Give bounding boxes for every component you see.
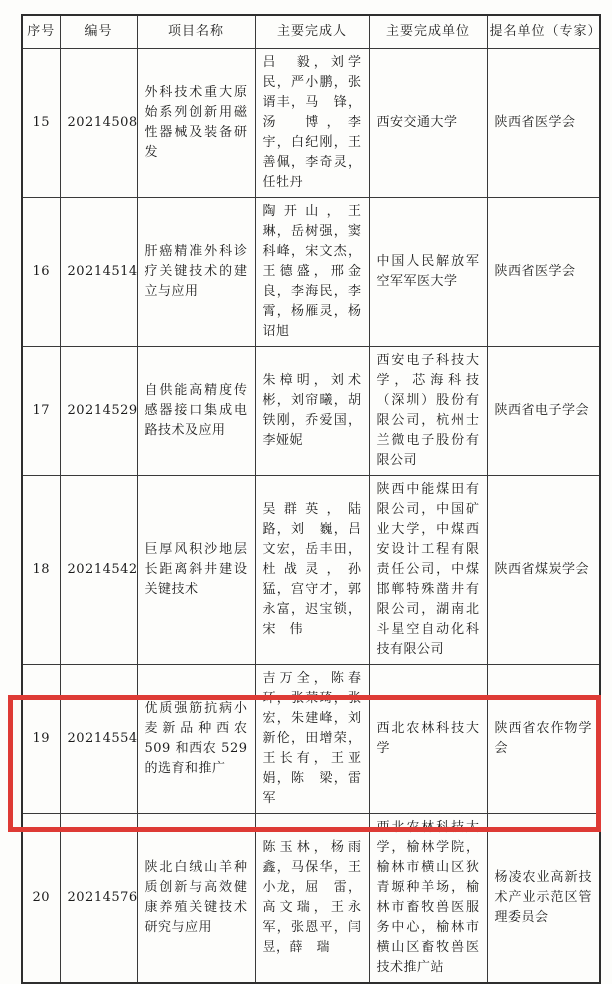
cell-project-title: 自供能高精度传感器接口集成电路技术及应用 <box>137 346 255 475</box>
cell-code: 20214508 <box>60 48 137 197</box>
cell-nominator: 陕西省煤炭学会 <box>487 475 600 664</box>
cell-units: 西安交通大学 <box>369 48 487 197</box>
cell-seq: 17 <box>22 346 60 475</box>
cell-nominator: 陕西省医学会 <box>487 48 600 197</box>
table-row: 18 20214542 巨厚风积沙地层长距离斜井建设关键技术 吴群英，陆 路，刘… <box>22 475 600 664</box>
cell-nominator: 陕西省医学会 <box>487 197 600 346</box>
cell-seq: 16 <box>22 197 60 346</box>
cell-units: 西北农林科技大学 <box>369 664 487 813</box>
table-body: 15 20214508 外科技术重大原始系列创新用磁性器械及装备研发 吕 毅，刘… <box>22 48 600 983</box>
cell-project-title: 陕北白绒山羊种质创新与高效健康养殖关键技术研究与应用 <box>137 813 255 983</box>
table-row: 16 20214514 肝癌精准外科诊疗关键技术的建立与应用 陶开山，王 琳，岳… <box>22 197 600 346</box>
header-project-title: 项目名称 <box>137 15 255 48</box>
header-row: 序号 编号 项目名称 主要完成人 主要完成单位 提名单位（专家） <box>22 15 600 48</box>
table-header: 序号 编号 项目名称 主要完成人 主要完成单位 提名单位（专家） <box>22 15 600 48</box>
cell-nominator: 杨凌农业高新技术产业示范区管理委员会 <box>487 813 600 983</box>
cell-contributors: 陈玉林，杨雨鑫，马保华，王小龙，屈 雷，高文瑞，王永军，张恩平，闫 昱，薛 瑞 <box>255 813 369 983</box>
cell-nominator: 陕西省电子学会 <box>487 346 600 475</box>
header-main-contributors: 主要完成人 <box>255 15 369 48</box>
cell-contributors: 吕 毅，刘学民，严小鹏，张谞丰，马 锋，汤 博，李 宇，白纪刚，王善佩，李奇灵，… <box>255 48 369 197</box>
cell-seq: 19 <box>22 664 60 813</box>
cell-contributors: 吴群英，陆 路，刘 巍，吕文宏，岳丰田，杜战灵，孙 猛，宫守才，郭永富，迟宝锁，… <box>255 475 369 664</box>
cell-units: 陕西中能煤田有限公司，中国矿业大学，中煤西安设计工程有限责任公司，中煤邯郸特殊凿… <box>369 475 487 664</box>
cell-project-title: 优质强筋抗病小麦新品种西农 509 和西农 529 的选育和推广 <box>137 664 255 813</box>
cell-units: 中国人民解放军空军军医大学 <box>369 197 487 346</box>
header-code: 编号 <box>60 15 137 48</box>
table-row: 17 20214529 自供能高精度传感器接口集成电路技术及应用 朱樟明，刘术彬… <box>22 346 600 475</box>
cell-contributors: 朱樟明，刘术彬，刘帘曦，胡铁刚，乔爱国，李娅妮 <box>255 346 369 475</box>
header-nominating-unit: 提名单位（专家） <box>487 15 600 48</box>
cell-seq: 20 <box>22 813 60 983</box>
cell-contributors: 吉万全，陈春环，张荣琦，张 宏，朱建峰，刘新伦，田增荣，王长有，王亚娟，陈 梁，… <box>255 664 369 813</box>
cell-seq: 18 <box>22 475 60 664</box>
table-row-highlighted: 20 20214576 陕北白绒山羊种质创新与高效健康养殖关键技术研究与应用 陈… <box>22 813 600 983</box>
cell-code: 20214554 <box>60 664 137 813</box>
cell-contributors: 陶开山，王 琳，岳树强，窦科峰，宋文杰，王德盛，邢金良，李海民，李 霄，杨雁灵，… <box>255 197 369 346</box>
cell-code: 20214576 <box>60 813 137 983</box>
cell-code: 20214514 <box>60 197 137 346</box>
table-row: 15 20214508 外科技术重大原始系列创新用磁性器械及装备研发 吕 毅，刘… <box>22 48 600 197</box>
cell-project-title: 巨厚风积沙地层长距离斜井建设关键技术 <box>137 475 255 664</box>
cell-units: 西北农林科技大学，榆林学院，榆林市横山区狄青塬种羊场，榆林市畜牧兽医服务中心，榆… <box>369 813 487 983</box>
cell-units: 西安电子科技大学，芯海科技（深圳）股份有限公司，杭州士兰微电子股份有限公司 <box>369 346 487 475</box>
cell-project-title: 外科技术重大原始系列创新用磁性器械及装备研发 <box>137 48 255 197</box>
cell-seq: 15 <box>22 48 60 197</box>
table-row: 19 20214554 优质强筋抗病小麦新品种西农 509 和西农 529 的选… <box>22 664 600 813</box>
header-seq: 序号 <box>22 15 60 48</box>
award-projects-table: 序号 编号 项目名称 主要完成人 主要完成单位 提名单位（专家） 15 2021… <box>21 14 601 984</box>
header-main-units: 主要完成单位 <box>369 15 487 48</box>
cell-code: 20214542 <box>60 475 137 664</box>
cell-code: 20214529 <box>60 346 137 475</box>
cell-project-title: 肝癌精准外科诊疗关键技术的建立与应用 <box>137 197 255 346</box>
cell-nominator: 陕西省农作物学会 <box>487 664 600 813</box>
